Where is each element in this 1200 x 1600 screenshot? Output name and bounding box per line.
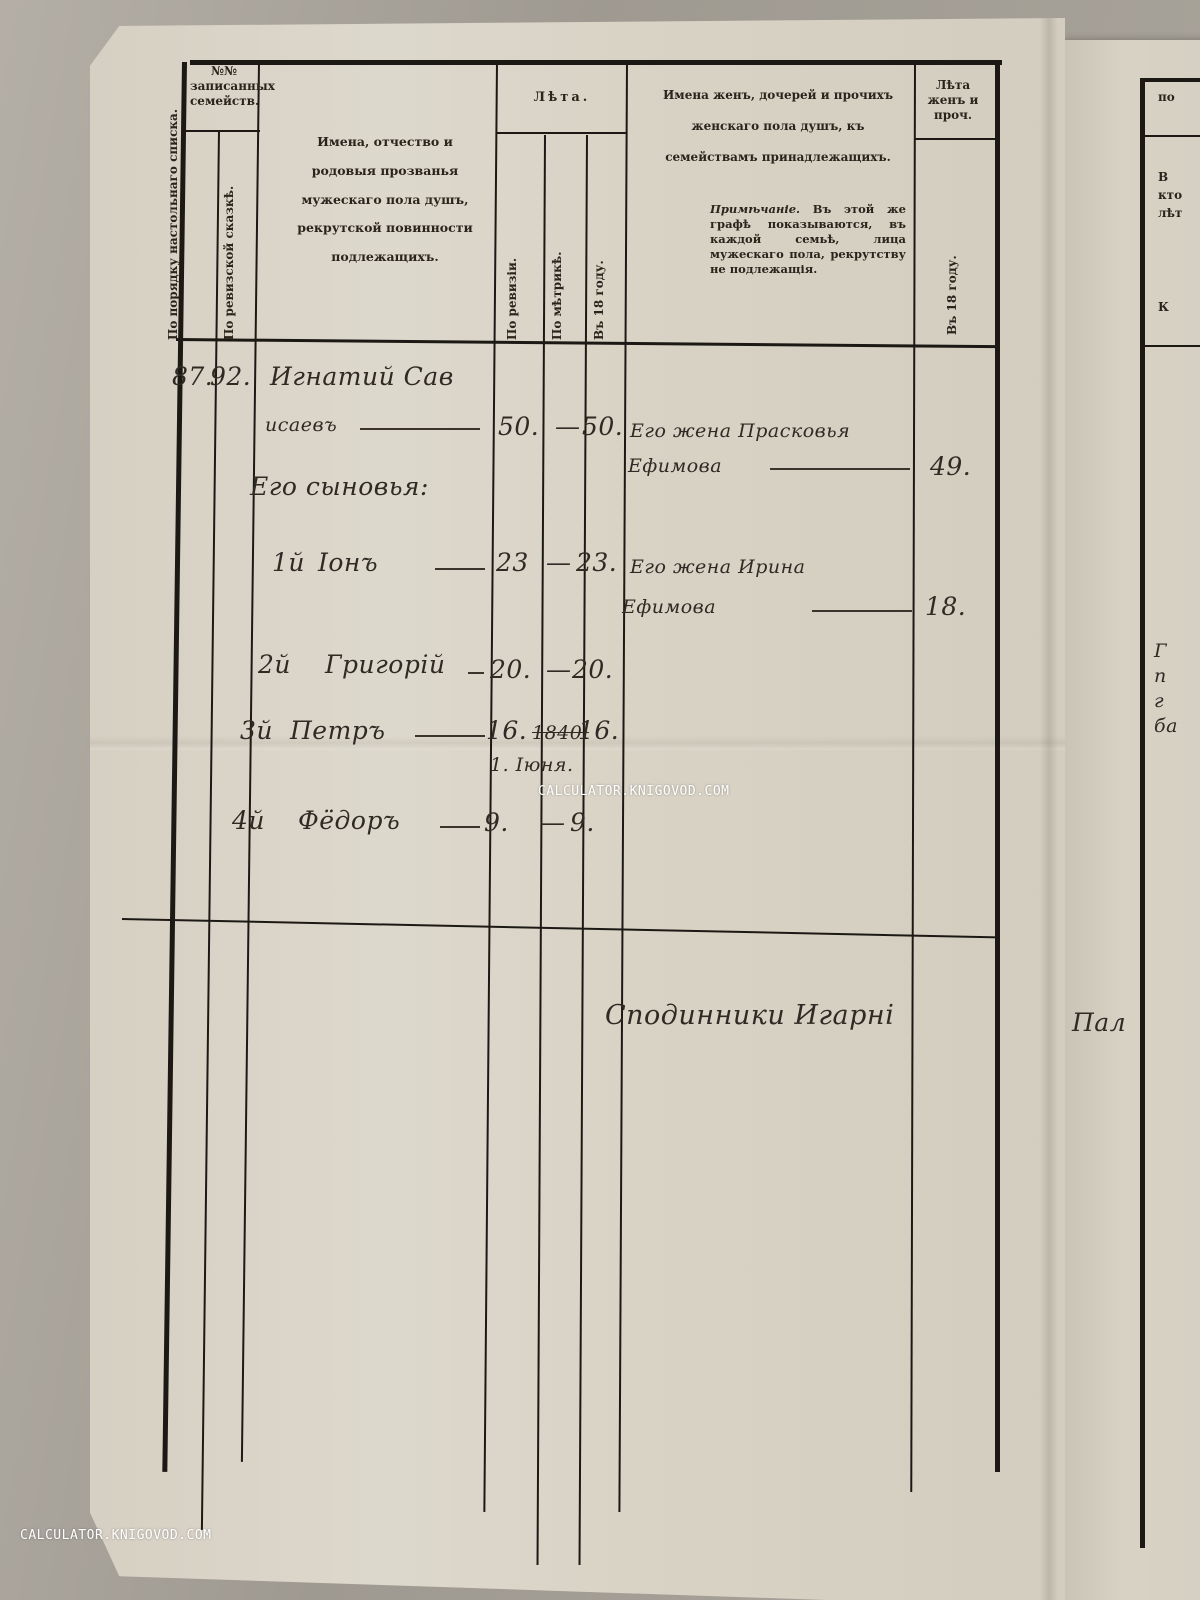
son-1-age-revision: 23 — [496, 548, 529, 577]
son-2-age-metrics: — — [546, 655, 572, 684]
son-3-age-year: 16. — [578, 716, 619, 745]
son-2-age-revision: 20. — [490, 655, 531, 684]
header-age-by-revision: По ревизіи. — [505, 200, 519, 340]
son-3-ordinal: 3й — [240, 716, 273, 745]
signature: Сподинники Игарні — [605, 1000, 894, 1031]
son-2-age-year: 20. — [572, 655, 613, 684]
son-1-wife-line1: Его жена Ирина — [630, 556, 806, 578]
header-female-age-in-year: Въ 18 году. — [945, 195, 959, 335]
row-rule — [496, 132, 626, 134]
right-page-fragment: по — [1158, 90, 1175, 105]
son-4-age-metrics: — — [540, 808, 566, 837]
watermark-center: CALCULATOR.KNIGOVOD.COM — [538, 784, 730, 799]
right-page-fragment: лѣт — [1158, 206, 1182, 221]
header-female-note: Примѣчаніе. Въ этой же графѣ показываютс… — [710, 202, 906, 277]
header-age-in-year: Въ 18 году. — [592, 190, 606, 340]
paper-fold-vertical — [1040, 18, 1058, 1600]
right-page-fragment: К — [1158, 300, 1169, 315]
table-right-border — [995, 62, 1000, 1472]
head-name-line2: исаевъ — [265, 414, 337, 436]
header-male-names: Имена, отчество и родовыя прозванья муже… — [285, 128, 485, 272]
wife-age: 49. — [930, 452, 971, 481]
header-female-ages: Лѣта женъ и проч. — [918, 78, 988, 123]
son-3-name: Петръ — [290, 716, 385, 745]
son-1-name: Іонъ — [318, 548, 378, 577]
fill-dash — [468, 672, 484, 674]
son-1-wife-line2: Ефимова — [622, 596, 716, 618]
fill-dash — [435, 568, 485, 570]
son-1-ordinal: 1й — [272, 548, 305, 577]
son-1-age-year: 23. — [576, 548, 617, 577]
sons-label: Его сыновья: — [250, 472, 429, 501]
header-female-names: Имена женъ, дочерей и прочихъ женскаго п… — [648, 80, 908, 174]
right-page-handwriting: Г — [1154, 640, 1167, 662]
head-age-metrics: — — [555, 412, 581, 441]
son-4-name: Фёдоръ — [298, 806, 400, 835]
son-1-age-metrics: — — [546, 548, 572, 577]
right-page-handwriting: ба — [1154, 715, 1178, 737]
row-rule — [186, 130, 260, 132]
wife-name-line2: Ефимова — [628, 455, 722, 477]
right-page-fragment: В — [1158, 170, 1168, 185]
row-rule — [914, 138, 996, 140]
right-page-top-border — [1140, 78, 1200, 82]
header-ages: Лѣта. — [500, 90, 624, 106]
fill-dash — [770, 468, 910, 470]
fill-dash — [415, 735, 485, 737]
son-4-ordinal: 4й — [232, 806, 265, 835]
son-4-age-year: 9. — [570, 808, 595, 837]
right-page-rule — [1144, 345, 1200, 347]
note-label: Примѣчаніе. — [710, 202, 800, 216]
son-3-metrics-note: 1. Іюня. — [490, 754, 574, 776]
header-age-by-metrics: По мѣтрикѣ. — [550, 200, 564, 340]
table-top-border — [190, 60, 1002, 65]
head-name-line1: Игнатий Сав — [270, 362, 454, 391]
header-family-numbers: №№ записанных семейств. — [190, 64, 258, 109]
right-page-handwriting: п — [1154, 665, 1167, 687]
son-3-age-revision: 16. — [486, 716, 527, 745]
fill-dash — [440, 826, 480, 828]
right-page-border — [1140, 78, 1145, 1548]
header-revision-tale-number: По ревизской сказкѣ. — [222, 150, 236, 340]
fill-dash — [812, 610, 912, 612]
watermark-bottom-left: CALCULATOR.KNIGOVOD.COM — [20, 1528, 212, 1543]
son-4-age-revision: 9. — [484, 808, 509, 837]
signature-continuation: Пал — [1072, 1008, 1126, 1037]
son-2-ordinal: 2й — [258, 650, 291, 679]
right-page-fragment: кто — [1158, 188, 1182, 203]
right-page-partial: по В кто лѣт К Г п г ба Пал — [1062, 40, 1200, 1600]
wife-name-line1: Его жена Прасковья — [630, 420, 850, 442]
right-page-handwriting: г — [1154, 690, 1164, 712]
entry-list-number: 87. — [172, 362, 213, 391]
right-page-rule — [1144, 135, 1200, 137]
son-2-name: Григорій — [325, 650, 445, 679]
head-age-revision: 50. — [498, 412, 539, 441]
entry-tale-number: 92. — [210, 362, 251, 391]
son-1-wife-age: 18. — [925, 592, 966, 621]
header-current-list-number: По порядку настольнаго списка. — [166, 150, 180, 340]
head-age-year: 50. — [582, 412, 623, 441]
fill-dash — [360, 428, 480, 430]
